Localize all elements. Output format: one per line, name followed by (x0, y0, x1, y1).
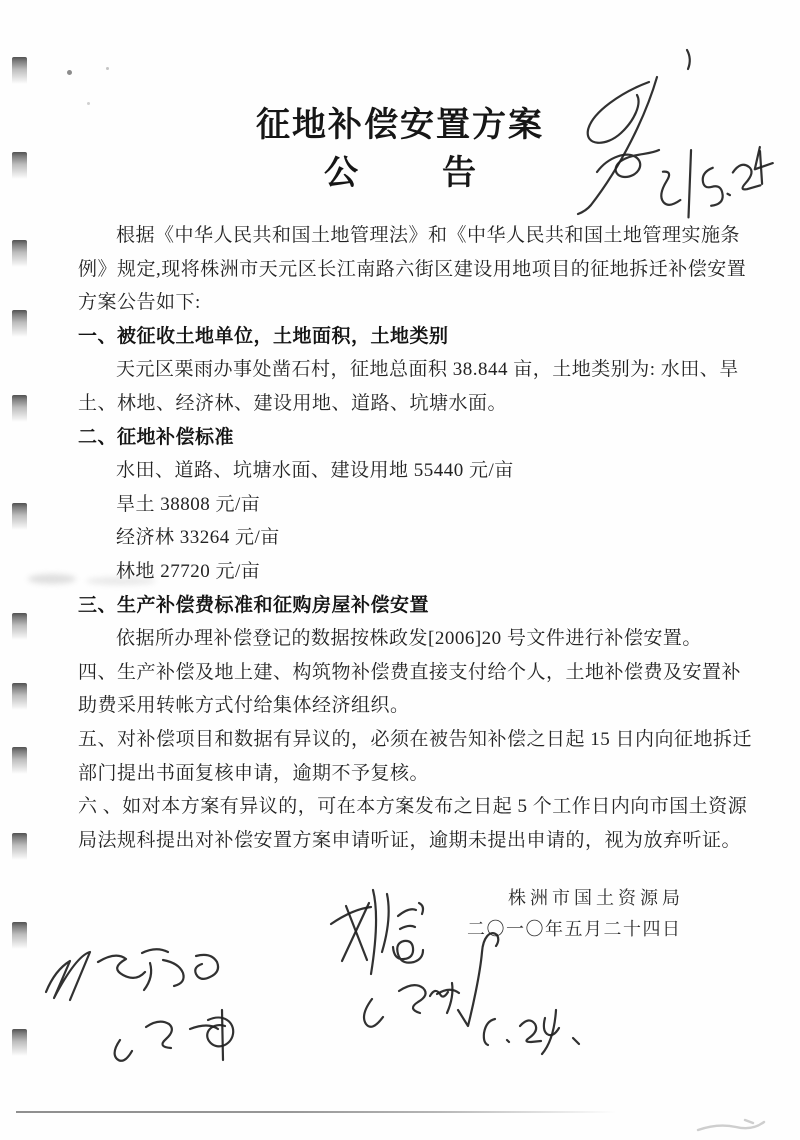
handwritten-note-bottom-left (46, 949, 233, 1061)
signature-scribble-top-right (578, 50, 781, 223)
handwriting-overlay (0, 0, 800, 1140)
scanned-document-page: 征地补偿安置方案 公 告 根据《中华人民共和国土地管理法》和《中华人民共和国土地… (0, 0, 800, 1140)
signature-scribble-center (364, 933, 579, 1054)
faint-mark-bottom-right (698, 1120, 764, 1130)
approval-scribble (331, 890, 423, 974)
